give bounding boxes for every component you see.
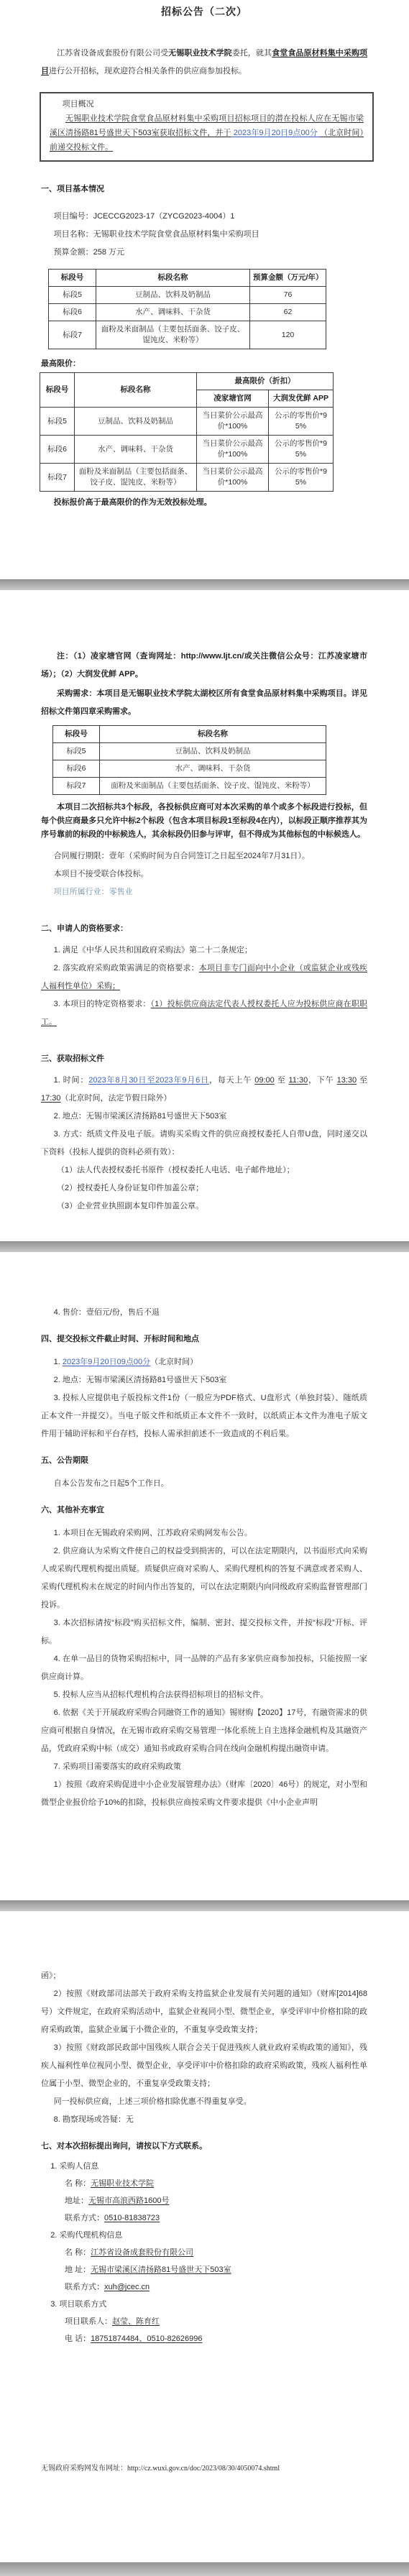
site-visit-line: 8. 勘察现场或答疑：无: [41, 2111, 367, 2129]
price-source-note: 注：（1）凌家塘官网（查询网址：http://www.ljt.cn/或关注微信公…: [41, 648, 367, 684]
section-heading-1: 一、项目基本情况: [41, 183, 367, 195]
other-item-1: 1. 本项目在无锡政府采购网、江苏政府采购网发布公告。: [41, 1524, 367, 1542]
project-contact-heading: 3. 项目联系方式: [41, 2296, 367, 2313]
bid-open-place: 2. 地点：无锡市梁溪区清扬路81号盛世天下503室: [41, 1371, 367, 1389]
project-contact-person-value: 赵莹、陈育红: [112, 2317, 160, 2326]
project-contact-person-line: 项目联系人：赵莹、陈育红: [41, 2313, 367, 2330]
field-label: 联系方式：: [65, 2214, 104, 2222]
project-meta: 项目编号：JCECCG2023-17（ZYCG2023-4004）1 项目名称：…: [41, 208, 367, 262]
bid-deadline-line: 1. 2023年9月20日09点00分（北京时间）: [41, 1353, 367, 1371]
agent-info-heading: 2. 采购代理机构信息: [41, 2227, 367, 2244]
agent-name-line: 名 称：江苏省设备成套股份有限公司: [41, 2244, 367, 2261]
document-page-2: 注：（1）凌家塘官网（查询网址：http://www.ljt.cn/或关注微信公…: [0, 590, 409, 1241]
table-cell: 标段7: [49, 321, 96, 349]
time-value: 11:30: [288, 1076, 308, 1085]
buyer-info-heading: 1. 采购人信息: [41, 2158, 367, 2175]
qualification-item-1: 1. 满足《中华人民共和国政府采购法》第二十二条规定；: [41, 942, 367, 960]
col-header-max-price-group: 最高限价（折扣）: [197, 373, 334, 390]
time-text: ，每天上午: [209, 1076, 254, 1085]
table-cell: 当日菜价公示最高价*100%: [197, 464, 269, 492]
project-name-line: 项目名称：无锡职业技术学院食堂食品原材料集中采购项目: [41, 226, 367, 244]
doc-price-line: 4. 售价：壹佰元/份，售后不退: [41, 1304, 367, 1322]
buyer-name-bold: 无锡职业技术学院: [168, 49, 232, 57]
table-cell: 水产、调味料、干杂货: [75, 436, 197, 464]
budget-table: 标段号 标段名称 预算金额（万元/年） 标段5 豆制品、饮料及奶制品 76 标段…: [48, 269, 326, 349]
section-heading-4: 四、提交投标文件截止时间、开标时间和地点: [41, 1333, 367, 1345]
buyer-address-line: 地址：无锡市高浪西路1600号: [41, 2192, 367, 2209]
project-number-value: JCECCG2023-17（ZYCG2023-4004）1: [93, 212, 235, 221]
no-consortium-note: 本项目不接受联合体投标。: [41, 865, 367, 883]
intro-text: 进行公开招标，现欢迎符合相关条件的供应商参加投标。: [49, 67, 247, 75]
other-item-5: 5. 投标人应当从招标代理机构合法获得招标项目的招标文件。: [41, 1686, 367, 1704]
time-value: 13:30: [337, 1076, 357, 1085]
table-cell: 标段7: [53, 778, 100, 795]
table-row: 标段7 面粉及米面制品（主要包括面条、饺子皮、馄饨皮、米粉等） 当日菜价公示最高…: [40, 464, 334, 492]
buyer-address-value: 无锡市高浪西路1600号: [88, 2196, 169, 2205]
intro-paragraph: 江苏省设备成套股份有限公司受无锡职业技术学院委托，就其食堂食品原材料集中采购项目…: [41, 45, 367, 80]
field-label: 名 称：: [65, 2179, 91, 2188]
document-page-3: 4. 售价：壹佰元/份，售后不退 四、提交投标文件截止时间、开标时间和地点 1.…: [0, 1252, 409, 1900]
time-label: 1. 时间：: [54, 1076, 89, 1085]
invalid-bid-note: 投标报价高于最高限价的作为无效投标处理。: [41, 496, 367, 509]
section-heading-7: 七、对本次招标提出询问，请按以下方式联系。: [41, 2140, 367, 2152]
intro-text: 委托，就其: [232, 49, 272, 57]
project-number-label: 项目编号：: [54, 212, 93, 221]
project-contact-tel-value: 18751874484、0510-82626996: [91, 2334, 202, 2343]
table-row: 标段7 面粉及米面制品（主要包括面条、饺子皮、馄饨皮、米粉等） 120: [49, 321, 326, 349]
demand-text: 采购需求：本项目是无锡职业技术学院太湖校区所有食堂食品原材料集中采购项目。详见招…: [41, 689, 367, 716]
max-price-table: 标段号 标段名称 最高限价（折扣） 凌家塘官网 大润发优鲜 APP 标段5 豆制…: [40, 372, 334, 492]
table-cell: 当日菜价公示最高价*100%: [197, 408, 269, 436]
table-row: 标段7 面粉及米面制品（主要包括面条、饺子皮、馄饨皮、米粉等）: [53, 778, 326, 795]
table-cell: 公示的零售价*95%: [269, 436, 334, 464]
table-cell: 标段6: [49, 304, 96, 321]
deadline-label: 1.: [54, 1358, 63, 1366]
table-header-row: 标段号 标段名称 预算金额（万元/年）: [49, 270, 326, 287]
table-cell: 面粉及米面制品（主要包括面条、饺子皮、馄饨皮、米粉等）: [100, 778, 326, 795]
document-page-4: 函》； 2）按照《财政部司法部关于政府采购支持监狱企业发展有关问题的通知》（财库…: [0, 1911, 409, 2562]
material-item-3: （3）企业营业执照副本复印件加盖公章。: [41, 1197, 367, 1215]
table-row: 标段6 水产、调味料、干杂货 当日菜价公示最高价*100% 公示的零售价*95%: [40, 436, 334, 464]
project-contact-tel-line: 电 话：18751874484、0510-82626996: [41, 2330, 367, 2347]
max-price-label: 最高限价：: [41, 358, 367, 369]
buyer-name-line: 名 称：无锡职业技术学院: [41, 2175, 367, 2192]
time-text: ，下午: [308, 1076, 336, 1085]
budget-line: 预算金额：258 万元: [41, 244, 367, 262]
col-header-lingjiatang: 凌家塘官网: [197, 390, 269, 408]
table-cell: 76: [250, 287, 326, 304]
submission-deadline: 2023年9月20日9点00分: [231, 129, 320, 137]
table-row: 标段5 豆制品、饮料及奶制品 76: [49, 287, 326, 304]
table-cell: 标段7: [40, 464, 75, 492]
field-label: 项目联系人：: [65, 2317, 112, 2326]
table-cell: 豆制品、饮料及奶制品: [75, 408, 197, 436]
material-item-1: （1）法人代表授权委托书原件（授权委托人电话、电子邮件地址）；: [41, 1161, 367, 1179]
budget-label: 预算金额：: [54, 248, 93, 257]
no-repeat-discount-note: 同一投标供应商，上述三项价格扣除优惠不得重复享受。: [41, 2093, 367, 2111]
tender-announcement-document: 招标公告（二次） 江苏省设备成套股份有限公司受无锡职业技术学院委托，就其食堂食品…: [0, 0, 409, 2576]
table-row: 标段6 水产、调味料、干杂货: [53, 760, 326, 778]
col-header-name: 标段名称: [100, 726, 326, 743]
qualification-item-2: 2. 落实政府采购政策需满足的资格要求：本项目非专门面向中小企业（或监狱企业或残…: [41, 960, 367, 995]
table-cell: 当日菜价公示最高价*100%: [197, 436, 269, 464]
col-header-lot: 标段号: [49, 270, 96, 287]
qualification-item-3: 3. 本项目的特定资格要求：（1）投标供应商法定代表人授权委托人应为投标供应商在…: [41, 995, 367, 1031]
table-header-row: 标段号 标段名称: [53, 726, 326, 743]
time-text: 至: [275, 1076, 289, 1085]
agent-email-value: xuh@jcec.cn: [104, 2283, 150, 2291]
multi-lot-rule: 本项目二次招标共3个标段，各投标供应商可对本次采购的单个或多个标段进行投标，但每…: [41, 801, 367, 842]
policy-item-1: 1）按照《政府采购促进中小企业发展管理办法》（财库〔2020〕46号）的规定，对…: [41, 1776, 367, 1812]
doc-title: 招标公告（二次）: [41, 4, 367, 19]
other-item-7: 7. 采购项目需要落实的政府采购政策: [41, 1758, 367, 1776]
buyer-contact-line: 联系方式：0510-81838723: [41, 2209, 367, 2227]
page-divider: [0, 1900, 409, 1911]
overview-heading: 项目概况: [50, 97, 364, 111]
section-heading-3: 三、获取招标文件: [41, 1053, 367, 1064]
overview-body: 无锡职业技术学院食堂食品原材料集中采购项目招标项目的潜在投标人应在无锡市梁溪区清…: [50, 111, 364, 155]
policy-item-1-continuation: 函》；: [41, 1967, 367, 1985]
table-cell: 公示的零售价*95%: [269, 408, 334, 436]
doc-obtain-time: 1. 时间：2023年8月30日至2023年9月6日，每天上午 09:00 至 …: [41, 1072, 367, 1108]
project-name-label: 项目名称：: [54, 230, 93, 239]
table-cell: 公示的零售价*95%: [269, 464, 334, 492]
col-header-budget: 预算金额（万元/年）: [250, 270, 326, 287]
table-cell: 标段6: [53, 760, 100, 778]
project-number-line: 项目编号：JCECCG2023-17（ZYCG2023-4004）1: [41, 208, 367, 226]
contract-term: 合同履行期限：壹年（采购时间为自合同签订之日起至2024年7月31日）。: [41, 847, 367, 865]
field-label: 地 址：: [65, 2265, 91, 2274]
section-heading-6: 六、其他补充事宜: [41, 1504, 367, 1516]
publish-url-line: 无锡政府采购网发布网址：http://cz.wuxi.gov.cn/doc/20…: [41, 2463, 379, 2475]
table-header-row: 标段号 标段名称 最高限价（折扣）: [40, 373, 334, 390]
table-row: 标段5 豆制品、饮料及奶制品 当日菜价公示最高价*100% 公示的零售价*95%: [40, 408, 334, 436]
q3-label: 3. 本项目的特定资格要求：: [54, 1000, 151, 1008]
table-cell: 水产、调味料、干杂货: [96, 304, 250, 321]
procurement-demand: 采购需求：本项目是无锡职业技术学院太湖校区所有食堂食品原材料集中采购项目。详见招…: [41, 685, 367, 721]
note-text: 注：（1）凌家塘官网（查询网址：: [57, 652, 181, 661]
table-cell: 面粉及米面制品（主要包括面条、饺子皮、馄饨皮、米粉等）: [96, 321, 250, 349]
buyer-name-value: 无锡职业技术学院: [91, 2179, 154, 2188]
table-row: 标段6 水产、调味料、干杂货 62: [49, 304, 326, 321]
table-row: 标段5 豆制品、饮料及奶制品: [53, 743, 326, 760]
time-value: 17:30: [41, 1094, 61, 1103]
time-text: 至: [357, 1076, 367, 1085]
table-cell: 水产、调味料、干杂货: [100, 760, 326, 778]
table-cell: 豆制品、饮料及奶制品: [100, 743, 326, 760]
policy-item-2: 2）按照《财政部司法部关于政府采购支持监狱企业发展有关问题的通知》（财库[201…: [41, 1985, 367, 2039]
deadline-text: （北京时间）: [150, 1358, 198, 1366]
other-item-4: 4. 在单一品目的货物采购招标中，同一品牌的产品有多家供应商参加投标，只能按照一…: [41, 1650, 367, 1686]
industry-line: 项目所属行业：零售业: [41, 883, 367, 901]
col-header-rtmart-app: 大润发优鲜 APP: [269, 390, 334, 408]
field-label: 电 话：: [65, 2334, 91, 2343]
page-divider: [0, 579, 409, 590]
material-item-2: （2）授权委托人身份证复印件加盖公章；: [41, 1179, 367, 1197]
col-header-lot: 标段号: [40, 373, 75, 408]
col-header-lot: 标段号: [53, 726, 100, 743]
agent-address-line: 地 址：无锡市梁溪区清扬路81号盛世天下503室: [41, 2261, 367, 2278]
intro-text: 江苏省设备成套股份有限公司受: [57, 49, 168, 57]
other-item-6: 6. 依据《关于开展政府采购合同融资工作的通知》锡财购【2020】17号，有融资…: [41, 1704, 367, 1758]
other-item-2: 2. 供应商认为采购文件使自己的权益受到损害的，可以在法定期限内，以书面形式向采…: [41, 1542, 367, 1614]
project-overview-box: 项目概况 无锡职业技术学院食堂食品原材料集中采购项目招标项目的潜在投标人应在无锡…: [40, 92, 374, 162]
obtain-date-range: 2023年8月30日至2023年9月6日: [88, 1076, 209, 1085]
q2-label: 2. 落实政府采购政策需满足的资格要求：: [54, 964, 199, 972]
lingjiatang-url-link[interactable]: http://www.ljt.cn/: [181, 652, 244, 661]
table-cell: 标段5: [49, 287, 96, 304]
section-heading-2: 二、申请人的资格要求：: [41, 923, 367, 934]
project-name-value: 无锡职业技术学院食堂食品原材料集中采购项目: [93, 230, 259, 239]
field-label: 名 称：: [65, 2248, 91, 2257]
field-label: 地址：: [65, 2196, 88, 2205]
field-label: 联系方式：: [65, 2283, 104, 2291]
time-value: 09:00: [254, 1076, 275, 1085]
page-divider: [0, 1241, 409, 1252]
time-text: （北京时间，法定节假日除外）: [61, 1094, 172, 1103]
agent-address-value: 无锡市梁溪区清扬路81号盛世天下503室: [91, 2265, 231, 2274]
publish-url-label: 无锡政府采购网发布网址：: [41, 2465, 127, 2472]
table-cell: 62: [250, 304, 326, 321]
publish-url-link[interactable]: http://cz.wuxi.gov.cn/doc/2023/08/30/405…: [127, 2465, 280, 2472]
agent-contact-line: 联系方式：xuh@jcec.cn: [41, 2278, 367, 2296]
section-heading-5: 五、公告期限: [41, 1455, 367, 1466]
table-cell: 标段5: [53, 743, 100, 760]
agent-name-value: 江苏省设备成套股份有限公司: [91, 2248, 193, 2257]
other-item-3: 3. 本次招标请按“标段”购买招标文件，编制、密封、提交投标文件，并按“标段”开…: [41, 1614, 367, 1650]
table-cell: 豆制品、饮料及奶制品: [96, 287, 250, 304]
doc-obtain-method: 3. 方式：纸质文件及电子版。请购买采购文件的供应商授权委托人自带U盘，同时递交…: [41, 1126, 367, 1161]
buyer-phone-value: 0510-81838723: [104, 2214, 160, 2222]
electronic-copy-rule: 3. 投标人应提供电子版投标文件1份（一般应为PDF格式、U盘形式（单独封装）、…: [41, 1389, 367, 1443]
col-header-name: 标段名称: [96, 270, 250, 287]
table-cell: 标段5: [40, 408, 75, 436]
page-divider: [0, 2562, 409, 2576]
budget-value: 258 万元: [93, 248, 124, 257]
announcement-period: 自本公告发布之日起5个工作日。: [41, 1475, 367, 1493]
table-cell: 面粉及米面制品（主要包括面条、饺子皮、馄饨皮、米粉等）: [75, 464, 197, 492]
col-header-name: 标段名称: [75, 373, 197, 408]
table-cell: 标段6: [40, 436, 75, 464]
document-page-1: 招标公告（二次） 江苏省设备成套股份有限公司受无锡职业技术学院委托，就其食堂食品…: [0, 0, 409, 579]
doc-obtain-place: 2. 地点：无锡市梁溪区清扬路81号盛世天下503室: [41, 1108, 367, 1126]
policy-item-3: 3）按照《财政部民政部中国残疾人联合会关于促进残疾人就业政府采购政策的通知》，残…: [41, 2039, 367, 2093]
bid-deadline-date: 2023年9月20日09点00分: [63, 1358, 150, 1366]
lot-table: 标段号 标段名称 标段5 豆制品、饮料及奶制品 标段6 水产、调味料、干杂货 标…: [52, 725, 326, 795]
table-cell: 120: [250, 321, 326, 349]
